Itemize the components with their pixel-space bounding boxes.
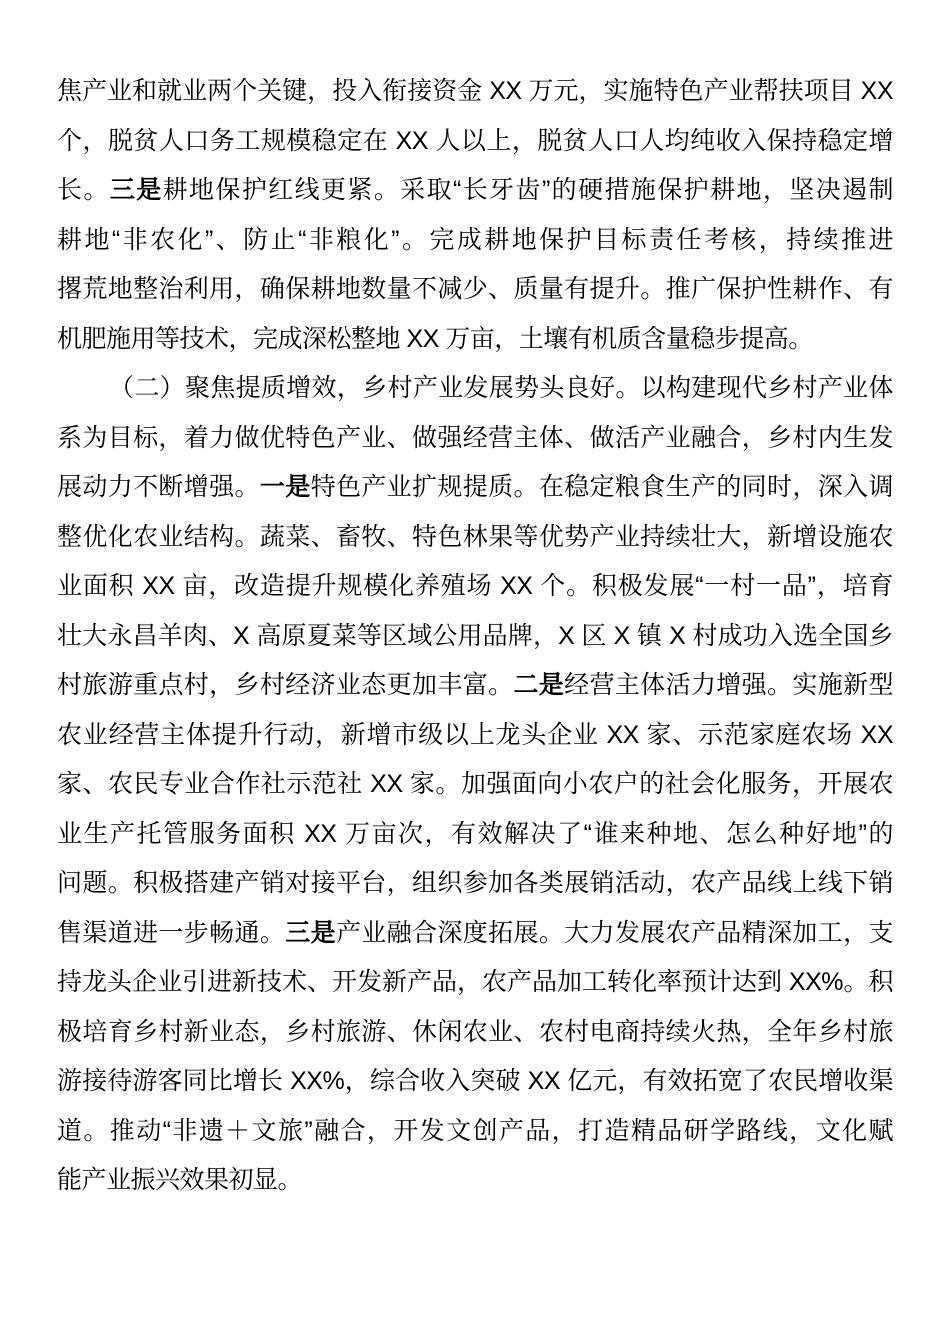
text-run: 展动力不断增强。 — [57, 473, 260, 501]
text-run: 业面积 XX 亩，改造提升规模化养殖场 XX 个。积极发展“一村一品”，培育 — [57, 572, 893, 600]
text-run: 游接待游客同比增长 XX%，综合收入突破 XX 亿元，有效拓宽了农民增收渠 — [57, 1067, 893, 1095]
text-run: 系为目标，着力做优特色产业、做强经营主体、做活产业融合，乡村内生发 — [57, 424, 893, 452]
text-line: 撂荒地整治利用，确保耕地数量不减少、质量有提升。推广保护性耕作、有 — [57, 265, 893, 315]
text-line: 壮大永昌羊肉、X 高原夏菜等区域公用品牌，X 区 X 镇 X 村成功入选全国乡 — [57, 612, 893, 662]
text-line: 问题。积极搭建产销对接平台，组织参加各类展销活动，农产品线上线下销 — [57, 859, 893, 909]
text-line: 业面积 XX 亩，改造提升规模化养殖场 XX 个。积极发展“一村一品”，培育 — [57, 562, 893, 612]
text-line: 家、农民专业合作社示范社 XX 家。加强面向小农户的社会化服务，开展农 — [57, 760, 893, 810]
text-run: （二）聚焦提质增效，乡村产业发展势头良好。以构建现代乡村产业体 — [109, 374, 893, 402]
text-run: 业生产托管服务面积 XX 万亩次，有效解决了“谁来种地、怎么种好地”的 — [57, 820, 893, 848]
text-run: 壮大永昌羊肉、X 高原夏菜等区域公用品牌，X 区 X 镇 X 村成功入选全国乡 — [57, 622, 893, 650]
bold-emphasis-run: 二是 — [513, 671, 564, 699]
text-run: 焦产业和就业两个关键，投入衔接资金 XX 万元，实施特色产业帮扶项目 XX — [57, 77, 893, 105]
text-run: 售渠道进一步畅通。 — [57, 919, 285, 947]
text-run: 个，脱贫人口务工规模稳定在 XX 人以上，脱贫人口人均纯收入保持稳定增 — [57, 127, 893, 155]
text-line: 业生产托管服务面积 XX 万亩次，有效解决了“谁来种地、怎么种好地”的 — [57, 810, 893, 860]
text-run: 耕地保护红线更紧。采取“长牙齿”的硬措施保护耕地，坚决遏制 — [163, 176, 893, 204]
text-run: 问题。积极搭建产销对接平台，组织参加各类展销活动，农产品线上线下销 — [57, 869, 893, 897]
text-line: （二）聚焦提质增效，乡村产业发展势头良好。以构建现代乡村产业体 — [57, 364, 893, 414]
text-line: 道。推动“非遗＋文旅”融合，开发文创产品，打造精品研学路线，文化赋 — [57, 1107, 893, 1157]
text-line: 系为目标，着力做优特色产业、做强经营主体、做活产业融合，乡村内生发 — [57, 414, 893, 464]
text-line: 个，脱贫人口务工规模稳定在 XX 人以上，脱贫人口人均纯收入保持稳定增 — [57, 117, 893, 167]
text-run: 村旅游重点村，乡村经济业态更加丰富。 — [57, 671, 513, 699]
text-line: 耕地“非农化”、防止“非粮化”。完成耕地保护目标责任考核，持续推进 — [57, 216, 893, 266]
paragraph-work-review-continuation: 焦产业和就业两个关键，投入衔接资金 XX 万元，实施特色产业帮扶项目 XX个，脱… — [57, 67, 893, 364]
text-line: 村旅游重点村，乡村经济业态更加丰富。二是经营主体活力增强。实施新型 — [57, 661, 893, 711]
text-run: 耕地“非农化”、防止“非粮化”。完成耕地保护目标责任考核，持续推进 — [57, 226, 893, 254]
text-run: 能产业振兴效果初显。 — [57, 1166, 302, 1194]
paragraph-section-two-industry-development: （二）聚焦提质增效，乡村产业发展势头良好。以构建现代乡村产业体系为目标，着力做优… — [57, 364, 893, 1206]
text-run: 产业融合深度拓展。大力发展农产品精深加工，支 — [336, 919, 893, 947]
text-line: 极培育乡村新业态，乡村旅游、休闲农业、农村电商持续火热，全年乡村旅 — [57, 1008, 893, 1058]
text-line: 农业经营主体提升行动，新增市级以上龙头企业 XX 家、示范家庭农场 XX — [57, 711, 893, 761]
text-run: 机肥施用等技术，完成深松整地 XX 万亩，土壤有机质含量稳步提高。 — [57, 325, 813, 353]
text-run: 整优化农业结构。蔬菜、畜牧、特色林果等优势产业持续壮大，新增设施农 — [57, 523, 893, 551]
text-line: 能产业振兴效果初显。 — [57, 1156, 893, 1206]
text-run: 持龙头企业引进新技术、开发新产品，农产品加工转化率预计达到 XX%。积 — [57, 968, 893, 996]
text-line: 游接待游客同比增长 XX%，综合收入突破 XX 亿元，有效拓宽了农民增收渠 — [57, 1057, 893, 1107]
text-run: 特色产业扩规提质。在稳定粮食生产的同时，深入调 — [311, 473, 893, 501]
text-run: 撂荒地整治利用，确保耕地数量不减少、质量有提升。推广保护性耕作、有 — [57, 275, 893, 303]
text-line: 整优化农业结构。蔬菜、畜牧、特色林果等优势产业持续壮大，新增设施农 — [57, 513, 893, 563]
text-run: 农业经营主体提升行动，新增市级以上龙头企业 XX 家、示范家庭农场 XX — [57, 721, 893, 749]
text-run: 长。 — [57, 176, 110, 204]
text-run: 极培育乡村新业态，乡村旅游、休闲农业、农村电商持续火热，全年乡村旅 — [57, 1018, 893, 1046]
bold-emphasis-run: 三是 — [285, 919, 336, 947]
text-run: 经营主体活力增强。实施新型 — [564, 671, 893, 699]
text-run: 家、农民专业合作社示范社 XX 家。加强面向小农户的社会化服务，开展农 — [57, 770, 893, 798]
document-text-block: 焦产业和就业两个关键，投入衔接资金 XX 万元，实施特色产业帮扶项目 XX个，脱… — [0, 0, 950, 1206]
text-line: 机肥施用等技术，完成深松整地 XX 万亩，土壤有机质含量稳步提高。 — [57, 315, 893, 365]
text-line: 焦产业和就业两个关键，投入衔接资金 XX 万元，实施特色产业帮扶项目 XX — [57, 67, 893, 117]
text-line: 展动力不断增强。一是特色产业扩规提质。在稳定粮食生产的同时，深入调 — [57, 463, 893, 513]
text-line: 长。三是耕地保护红线更紧。采取“长牙齿”的硬措施保护耕地，坚决遏制 — [57, 166, 893, 216]
text-line: 持龙头企业引进新技术、开发新产品，农产品加工转化率预计达到 XX%。积 — [57, 958, 893, 1008]
document-page: 焦产业和就业两个关键，投入衔接资金 XX 万元，实施特色产业帮扶项目 XX个，脱… — [0, 0, 950, 1344]
text-line: 售渠道进一步畅通。三是产业融合深度拓展。大力发展农产品精深加工，支 — [57, 909, 893, 959]
bold-emphasis-run: 一是 — [260, 473, 311, 501]
text-run: 道。推动“非遗＋文旅”融合，开发文创产品，打造精品研学路线，文化赋 — [57, 1117, 893, 1145]
bold-emphasis-run: 三是 — [110, 176, 163, 204]
